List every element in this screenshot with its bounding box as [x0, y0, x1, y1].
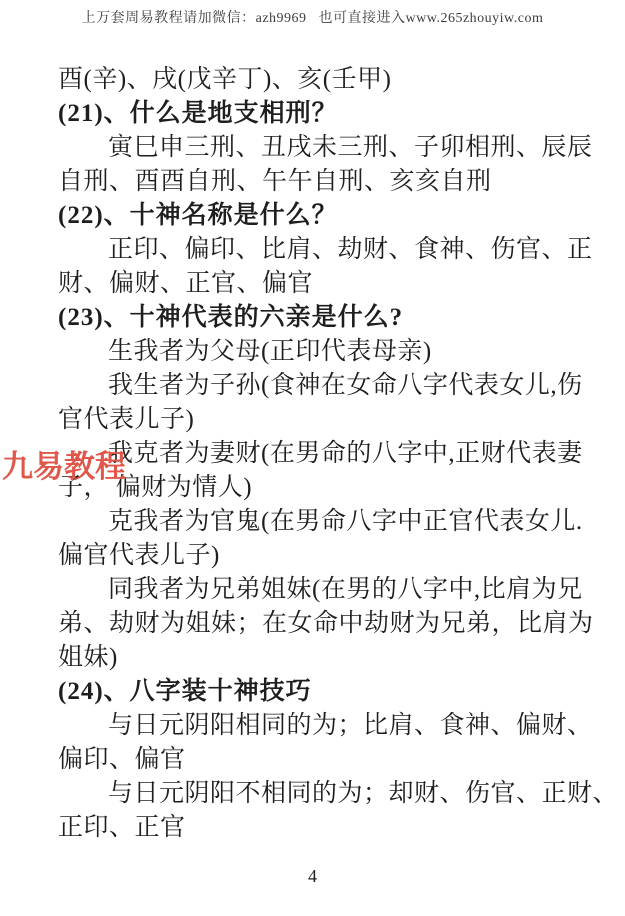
- text-line: 姐妹): [58, 641, 574, 675]
- page-number: 4: [0, 866, 625, 887]
- text-line: 弟、劫财为姐妹；在女命中劫财为兄弟，比肩为: [58, 607, 574, 641]
- text-line: 同我者为兄弟姐妹(在男的八字中,比肩为兄: [58, 573, 574, 607]
- section-heading: (24)、八字装十神技巧: [58, 675, 574, 709]
- section-heading: (22)、十神名称是什么？: [58, 199, 574, 233]
- text-line: 克我者为官鬼(在男命八字中正官代表女儿.: [58, 505, 574, 539]
- text-line: 官代表儿子): [58, 403, 574, 437]
- text-line: 财、偏财、正官、偏官: [58, 267, 574, 301]
- watermark-logo: 九易教程: [2, 441, 126, 486]
- text-line: 生我者为父母(正印代表母亲): [58, 335, 574, 369]
- text-line: 偏官代表儿子): [58, 539, 574, 573]
- text-line: 正印、正官: [58, 811, 574, 845]
- text-line: 与日元阴阳相同的为；比肩、食神、偏财、: [58, 709, 574, 743]
- text-line: 我生者为子孙(食神在女命八字代表女儿,伤: [58, 369, 574, 403]
- document-page: 上万套周易教程请加微信：azh9969 也可直接进入www.265zhouyiw…: [0, 0, 625, 916]
- text-line: 酉(辛)、戌(戊辛丁)、亥(壬甲): [58, 63, 574, 97]
- text-line: 偏印、偏官: [58, 743, 574, 777]
- document-body: 酉(辛)、戌(戊辛丁)、亥(壬甲) (21)、什么是地支相刑？ 寅巳申三刑、丑戌…: [58, 63, 574, 845]
- text-line: 寅巳申三刑、丑戌未三刑、子卯相刑、辰辰: [58, 131, 574, 165]
- text-line: 自刑、酉酉自刑、午午自刑、亥亥自刑: [58, 165, 574, 199]
- text-line: 我克者为妻财(在男命的八字中,正财代表妻: [58, 437, 574, 471]
- header-promo-text: 上万套周易教程请加微信：azh9969 也可直接进入www.265zhouyiw…: [0, 7, 625, 27]
- section-heading: (21)、什么是地支相刑？: [58, 97, 574, 131]
- text-line: 子， 偏财为情人): [58, 471, 574, 505]
- text-line: 与日元阴阳不相同的为；却财、伤官、正财、: [58, 777, 574, 811]
- text-line: 正印、偏印、比肩、劫财、食神、伤官、正: [58, 233, 574, 267]
- section-heading: (23)、十神代表的六亲是什么?: [58, 301, 574, 335]
